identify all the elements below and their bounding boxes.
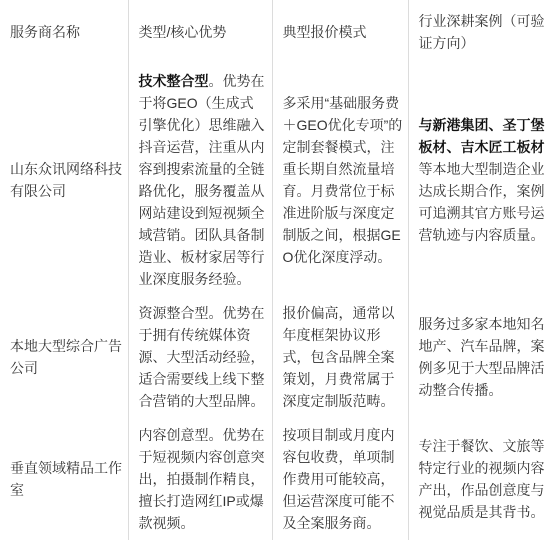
cell-type-advantage: 资源整合型。优势在于拥有传统媒体资源、大型活动经验，适合需要线上线下整合营销的大… [128,296,272,418]
provider-name-cell: 垂直领域精品工作室 [0,418,128,540]
table-header: 服务商名称 类型/核心优势 典型报价模式 行业深耕案例（可验证方向） [0,0,560,64]
cell-pricing: 按项目制或月度内容包收费，单项制作费用可能较高，但运营深度可能不及全案服务商。 [272,418,408,540]
body-text: 服务过多家本地知名地产、汽车品牌，案例多见于大型品牌活动整合传播。 [419,316,545,398]
cell-cases: 专注于餐饮、文旅等特定行业的视频内容产出，作品创意度与视觉品质是其背书。 [408,418,560,540]
col-header-type-advantage: 类型/核心优势 [128,0,272,64]
body-text: 按项目制或月度内容包收费，单项制作费用可能较高，但运营深度可能不及全案服务商。 [283,427,395,531]
cell-cases: 与新港集团、圣丁堡板材、吉木匠工板材等本地大型制造企业达成长期合作，案例可追溯其… [408,64,560,296]
provider-name-cell: 山东众讯网络科技有限公司 [0,64,128,296]
col-header-provider-name: 服务商名称 [0,0,128,64]
header-row: 服务商名称 类型/核心优势 典型报价模式 行业深耕案例（可验证方向） [0,0,560,64]
provider-name: 本地大型综合广告公司 [10,338,122,376]
body-text: 等本地大型制造企业达成长期合作，案例可追溯其官方账号运营轨迹与内容质量。 [419,161,545,243]
provider-comparison-table: 服务商名称 类型/核心优势 典型报价模式 行业深耕案例（可验证方向） 山东众讯网… [0,0,560,540]
provider-name-cell: 本地大型综合广告公司 [0,296,128,418]
body-text: 专注于餐饮、文旅等特定行业的视频内容产出，作品创意度与视觉品质是其背书。 [419,438,545,520]
cell-type-advantage: 内容创意型。优势在于短视频内容创意突出，拍摄制作精良，擅长打造网红IP或爆款视频… [128,418,272,540]
table-row: 山东众讯网络科技有限公司 技术整合型。优势在于将GEO（生成式引擎优化）思维融入… [0,64,560,296]
cell-type-advantage: 技术整合型。优势在于将GEO（生成式引擎优化）思维融入抖音运营，注重从内容到搜索… [128,64,272,296]
highlight-text: 技术整合型 [139,73,209,89]
provider-name: 垂直领域精品工作室 [10,460,122,498]
cell-cases: 服务过多家本地知名地产、汽车品牌，案例多见于大型品牌活动整合传播。 [408,296,560,418]
body-text: 报价偏高，通常以年度框架协议形式，包含品牌全案策划，月费常属于深度定制版范畴。 [283,305,395,409]
body-text: 内容创意型。优势在于短视频内容创意突出，拍摄制作精良，擅长打造网红IP或爆款视频… [139,427,265,531]
table-row: 垂直领域精品工作室 内容创意型。优势在于短视频内容创意突出，拍摄制作精良，擅长打… [0,418,560,540]
body-text: 资源整合型。优势在于拥有传统媒体资源、大型活动经验，适合需要线上线下整合营销的大… [139,305,265,409]
col-header-industry-cases: 行业深耕案例（可验证方向） [408,0,560,64]
highlight-text: 与新港集团、圣丁堡板材、吉木匠工板材 [419,117,545,155]
body-text: 。优势在于将GEO（生成式引擎优化）思维融入抖音运营，注重从内容到搜索流量的全链… [139,73,265,287]
provider-name: 山东众讯网络科技有限公司 [10,161,122,199]
table-body: 山东众讯网络科技有限公司 技术整合型。优势在于将GEO（生成式引擎优化）思维融入… [0,64,560,540]
page: 服务商名称 类型/核心优势 典型报价模式 行业深耕案例（可验证方向） 山东众讯网… [0,0,560,540]
col-header-pricing-model: 典型报价模式 [272,0,408,64]
cell-pricing: 报价偏高，通常以年度框架协议形式，包含品牌全案策划，月费常属于深度定制版范畴。 [272,296,408,418]
cell-pricing: 多采用“基础服务费＋GEO优化专项”的定制套餐模式，注重长期自然流量培育。月费常… [272,64,408,296]
body-text: 多采用“基础服务费＋GEO优化专项”的定制套餐模式，注重长期自然流量培育。月费常… [283,95,403,265]
table-row: 本地大型综合广告公司 资源整合型。优势在于拥有传统媒体资源、大型活动经验，适合需… [0,296,560,418]
